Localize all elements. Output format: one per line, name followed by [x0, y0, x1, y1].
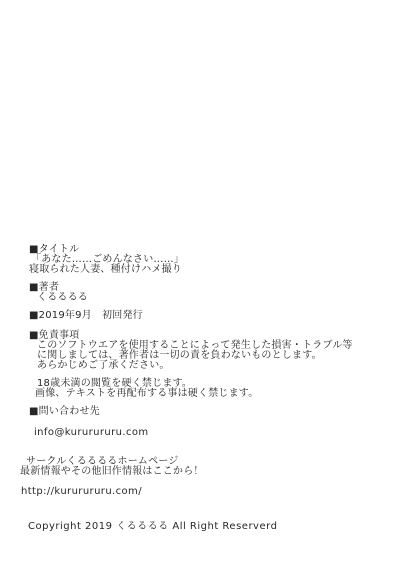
- disclaimer-line-3: あらかじめご了承ください。: [37, 360, 170, 372]
- colophon-page: ■タイトル 「あなた……ごめんなさい……」 寝取られた人妻、種付けハメ撮り ■著…: [0, 0, 400, 566]
- author-name: くるるるる: [37, 292, 88, 304]
- redistribution-line: 画像、テキストを再配布する事は硬く禁じます。: [35, 388, 258, 400]
- copyright-line: Copyright 2019 くるるるる All Right Reserverd: [28, 521, 277, 533]
- homepage-url: http://kururururu.com/: [21, 486, 142, 498]
- edition-date-line: ■2019年9月 初回発行: [29, 310, 143, 322]
- contact-email: info@kururururu.com: [34, 427, 149, 439]
- contact-section-header: ■問い合わせ先: [29, 406, 100, 418]
- work-title-line-2: 寝取られた人妻、種付けハメ撮り: [29, 264, 182, 276]
- homepage-line-2: 最新情報やその他旧作情報はここから！: [20, 466, 204, 478]
